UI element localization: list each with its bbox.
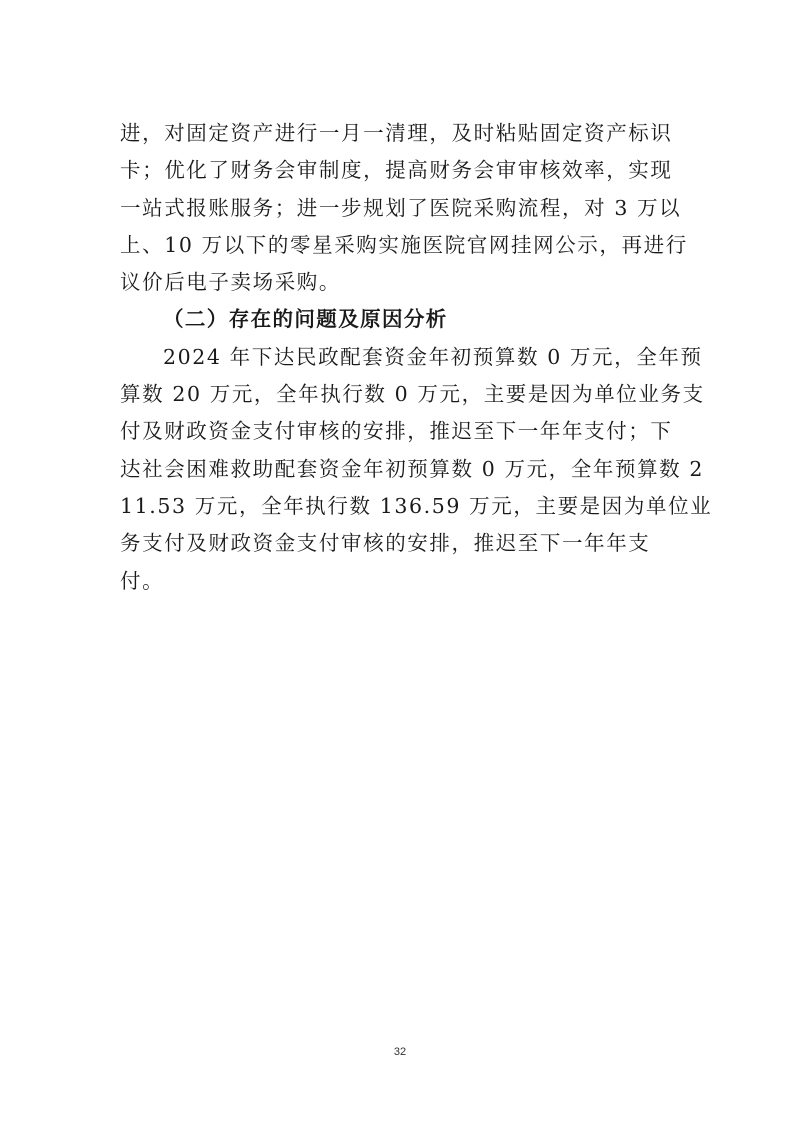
text-line: 算数 20 万元，全年执行数 0 万元，主要是因为单位业务支: [120, 376, 665, 413]
text-line: 付。: [120, 563, 665, 600]
page-number: 32: [0, 1046, 800, 1058]
text-line: 付及财政资金支付审核的安排，推迟至下一年年支付；下: [120, 413, 665, 450]
section-heading: （二）存在的问题及原因分析: [120, 301, 665, 338]
page-body: 进，对固定资产进行一月一清理，及时粘贴固定资产标识 卡；优化了财务会审制度，提高…: [120, 115, 665, 600]
text-line: 2024 年下达民政配套资金年初预算数 0 万元，全年预: [120, 339, 665, 376]
text-line: 上、10 万以下的零星采购实施医院官网挂网公示，再进行: [120, 227, 665, 264]
text-line: 务支付及财政资金支付审核的安排，推迟至下一年年支: [120, 525, 665, 562]
text-line: 议价后电子卖场采购。: [120, 264, 665, 301]
text-line: 卡；优化了财务会审制度，提高财务会审审核效率，实现: [120, 152, 665, 189]
document-page: 进，对固定资产进行一月一清理，及时粘贴固定资产标识 卡；优化了财务会审制度，提高…: [0, 0, 800, 1131]
text-line: 一站式报账服务；进一步规划了医院采购流程，对 3 万以: [120, 190, 665, 227]
paragraph-procurement: 进，对固定资产进行一月一清理，及时粘贴固定资产标识 卡；优化了财务会审制度，提高…: [120, 115, 665, 301]
text-line: 11.53 万元，全年执行数 136.59 万元，主要是因为单位业: [120, 488, 665, 525]
paragraph-problems-analysis: 2024 年下达民政配套资金年初预算数 0 万元，全年预 算数 20 万元，全年…: [120, 339, 665, 600]
text-line: 达社会困难救助配套资金年初预算数 0 万元，全年预算数 2: [120, 451, 665, 488]
text-line: 进，对固定资产进行一月一清理，及时粘贴固定资产标识: [120, 115, 665, 152]
